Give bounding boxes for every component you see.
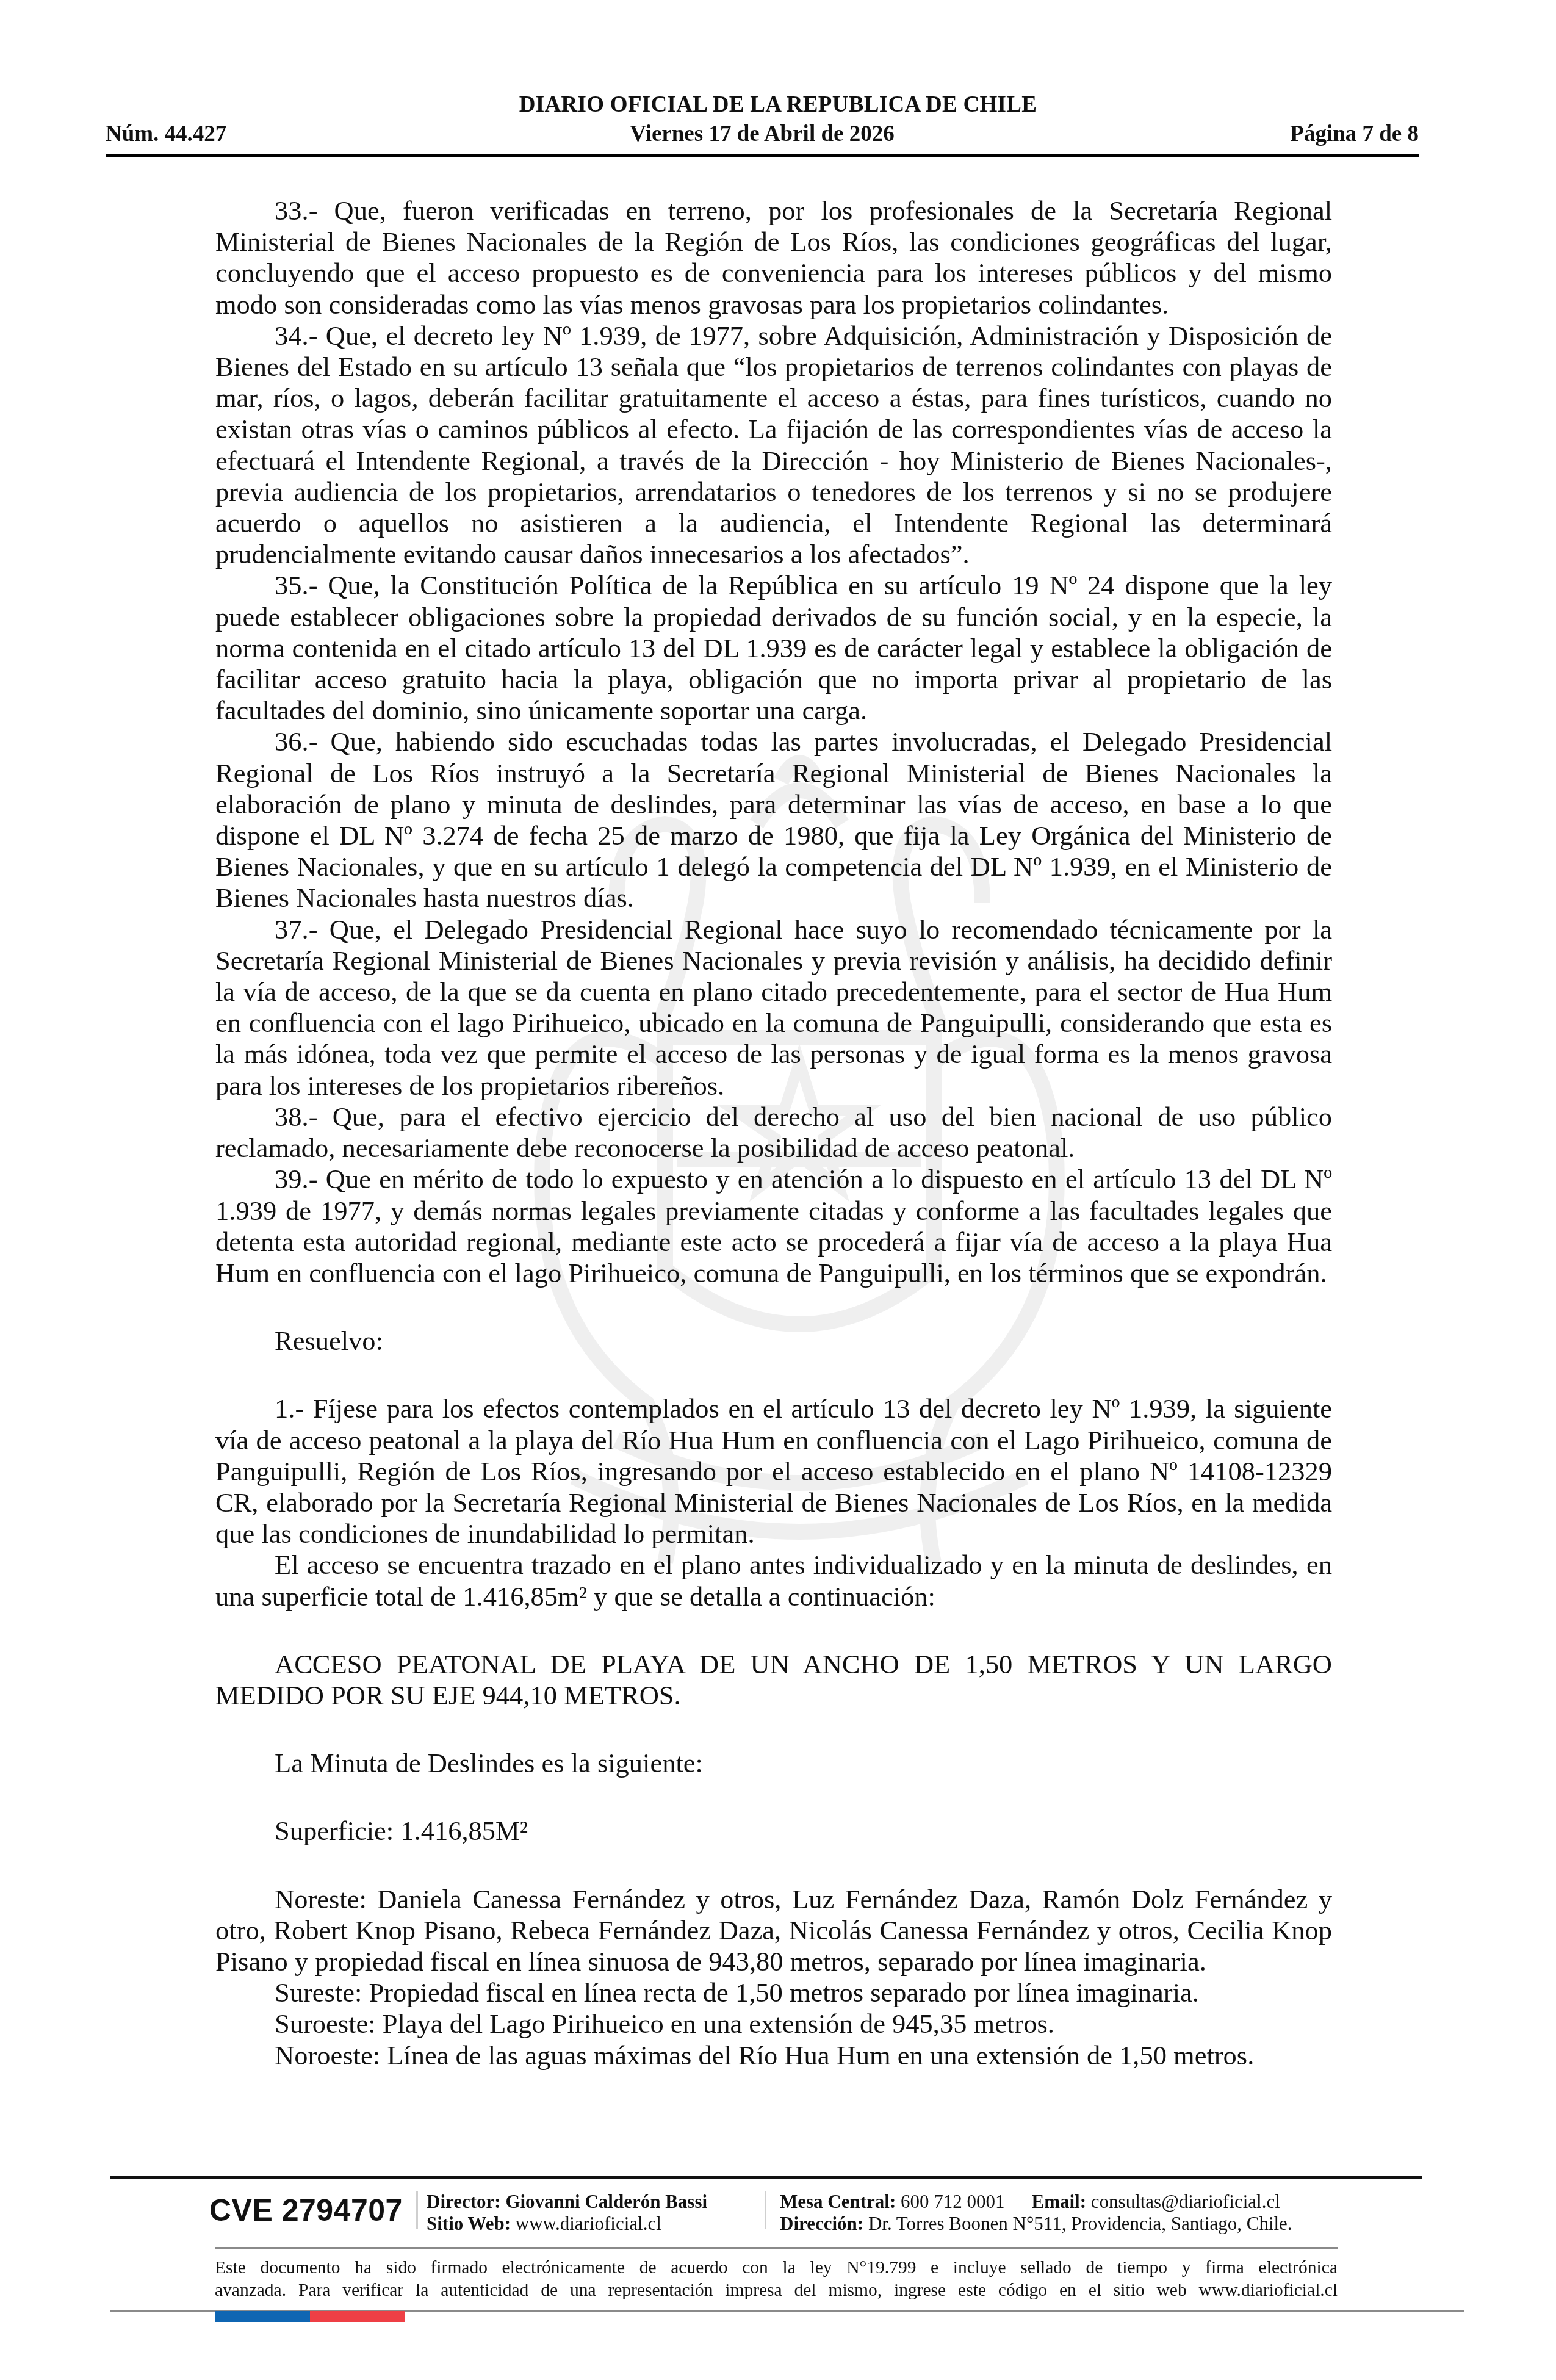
considerando-39: 39.- Que en mérito de todo lo expuesto y… [215,1164,1332,1289]
phone-number: 600 712 0001 [901,2191,1005,2212]
footer-top-divider [110,2176,1422,2179]
boundary-noroeste: Noroeste: Línea de las aguas máximas del… [215,2040,1332,2071]
superficie: Superficie: 1.416,85M² [215,1816,1332,1847]
document-body: 33.- Que, fueron verificadas en terreno,… [215,195,1332,2071]
header-divider [106,154,1419,157]
flag-bar-red [310,2311,405,2322]
director-label: Director: [427,2191,501,2212]
disclaimer-line-2: avanzada. Para verificar la autenticidad… [215,2279,1338,2302]
considerando-33: 33.- Que, fueron verificadas en terreno,… [215,195,1332,320]
boundary-noreste: Noreste: Daniela Canessa Fernández y otr… [215,1884,1332,1978]
director-name: Giovanni Calderón Bassi [505,2191,707,2212]
issue-date: Viernes 17 de Abril de 2026 [106,121,1419,147]
disclaimer-line-1: Este documento ha sido firmado electróni… [215,2257,1338,2279]
signature-disclaimer: Este documento ha sido firmado electróni… [215,2257,1338,2302]
footer-mid-divider [215,2247,1338,2249]
header-meta-row: Núm. 44.427 Viernes 17 de Abril de 2026 … [106,121,1419,149]
website-link[interactable]: www.diarioficial.cl [516,2213,661,2234]
access-traced: El acceso se encuentra trazado en el pla… [215,1549,1332,1612]
boundary-suroeste: Suroeste: Playa del Lago Pirihueico en u… [215,2008,1332,2039]
page-indicator: Página 7 de 8 [1290,121,1419,147]
phone-label: Mesa Central: [780,2191,896,2212]
flag-bar-blue [215,2311,310,2322]
publication-title: DIARIO OFICIAL DE LA REPUBLICA DE CHILE [0,92,1556,118]
website-label: Sitio Web: [427,2213,511,2234]
email-link[interactable]: consultas@diarioficial.cl [1091,2191,1280,2212]
resuelvo-heading: Resuelvo: [215,1325,1332,1357]
boundary-sureste: Sureste: Propiedad fiscal en línea recta… [215,1977,1332,2008]
address-label: Dirección: [780,2213,863,2234]
footer-divider-1 [416,2191,418,2229]
email-label: Email: [1032,2191,1087,2212]
footer-divider-2 [765,2191,766,2229]
address-value: Dr. Torres Boonen N°511, Providencia, Sa… [868,2213,1292,2234]
minuta-intro: La Minuta de Deslindes es la siguiente: [215,1748,1332,1779]
resolution-1: 1.- Fíjese para los efectos contemplados… [215,1393,1332,1549]
cve-code: CVE 2794707 [209,2193,403,2228]
considerando-35: 35.- Que, la Constitución Política de la… [215,570,1332,726]
considerando-34: 34.- Que, el decreto ley Nº 1.939, de 19… [215,320,1332,571]
footer-contact-block: Mesa Central: 600 712 0001Email: consult… [780,2191,1292,2235]
considerando-36: 36.- Que, habiendo sido escuchadas todas… [215,726,1332,914]
access-description: ACCESO PEATONAL DE PLAYA DE UN ANCHO DE … [215,1649,1332,1711]
footer-director-block: Director: Giovanni Calderón Bassi Sitio … [427,2191,707,2235]
considerando-38: 38.- Que, para el efectivo ejercicio del… [215,1102,1332,1164]
considerando-37: 37.- Que, el Delegado Presidencial Regio… [215,914,1332,1102]
